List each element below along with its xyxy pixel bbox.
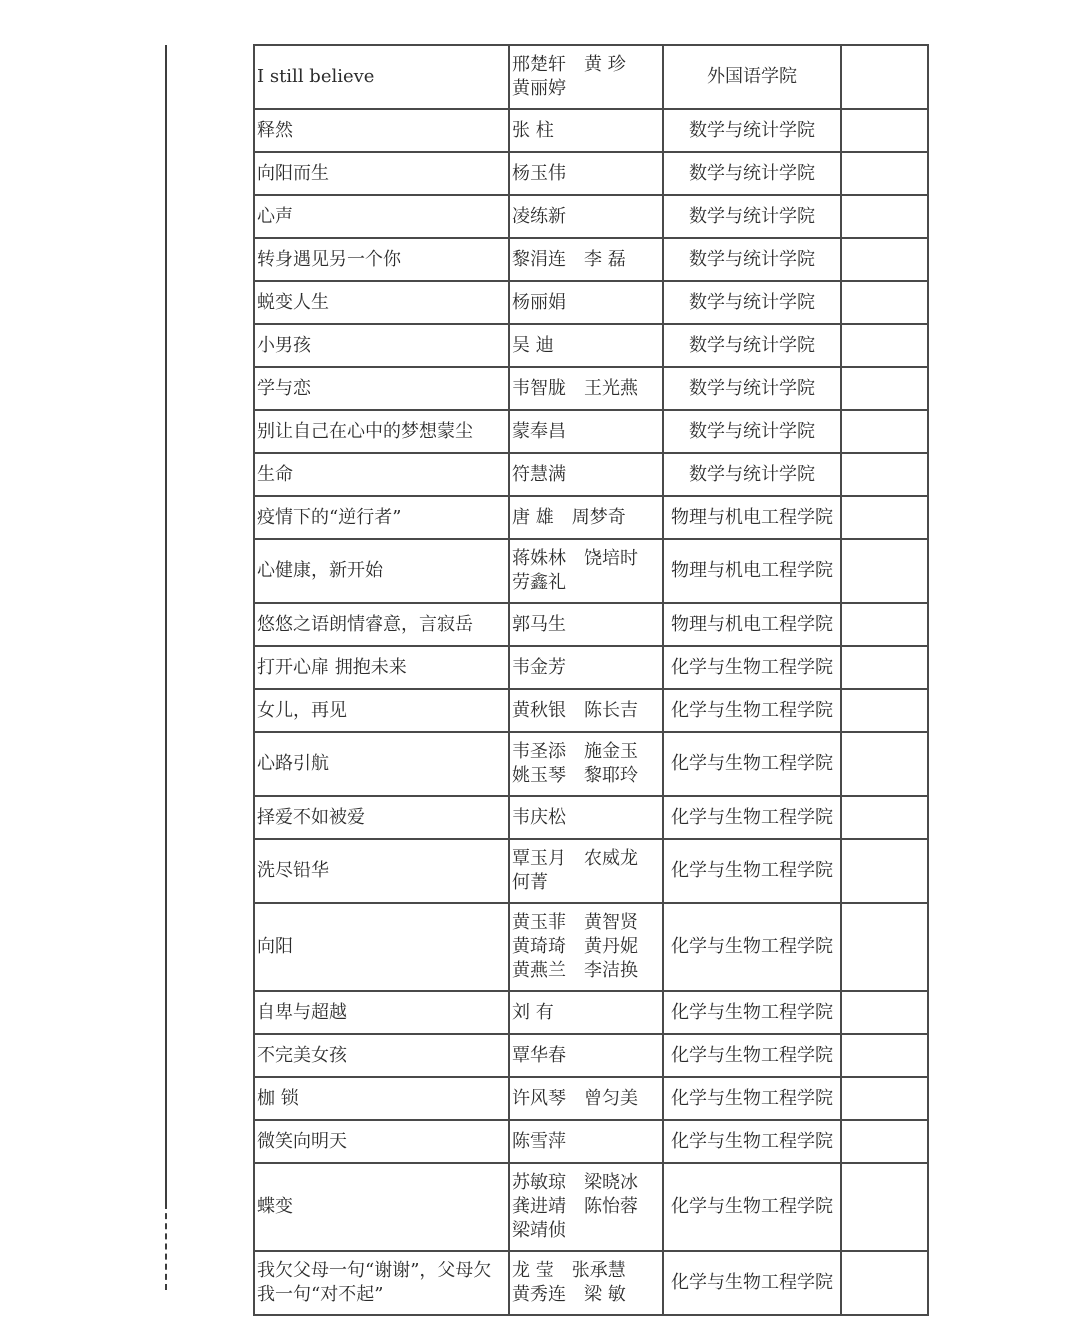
text-line: 龙 莹 张承慧 xyxy=(512,1259,660,1283)
text-line: 何菁 xyxy=(512,871,660,895)
text-line: 张 柱 xyxy=(512,119,660,143)
text-line: 黄秀连 梁 敏 xyxy=(512,1283,660,1307)
text-line: 刘 有 xyxy=(512,1001,660,1025)
text-line: 自卑与超越 xyxy=(257,1001,506,1025)
work-title-cell: 蜕变人生 xyxy=(254,281,509,324)
empty-note-cell xyxy=(841,1034,928,1077)
text-line: 小男孩 xyxy=(257,334,506,358)
table-row: 洗尽铅华 覃玉月 农威龙何菁 化学与生物工程学院 xyxy=(254,839,928,903)
table-row: 我欠父母一句“谢谢”，父母欠我一句“对不起” 龙 莹 张承慧黄秀连 梁 敏 化学… xyxy=(254,1251,928,1315)
table-row: 不完美女孩 覃华春 化学与生物工程学院 xyxy=(254,1034,928,1077)
text-line: 杨玉伟 xyxy=(512,162,660,186)
table-row: 生命 符慧满 数学与统计学院 xyxy=(254,453,928,496)
authors-cell: 苏敏琼 梁晓冰龚进靖 陈怡蓉梁靖侦 xyxy=(509,1163,663,1251)
college-cell: 数学与统计学院 xyxy=(663,367,841,410)
empty-note-cell xyxy=(841,689,928,732)
authors-cell: 蒋姝林 饶培时劳鑫礼 xyxy=(509,539,663,603)
work-title-cell: 别让自己在心中的梦想蒙尘 xyxy=(254,410,509,453)
text-line: 蝶变 xyxy=(257,1195,506,1219)
empty-note-cell xyxy=(841,539,928,603)
empty-note-cell xyxy=(841,1163,928,1251)
college-cell: 化学与生物工程学院 xyxy=(663,646,841,689)
college-cell: 化学与生物工程学院 xyxy=(663,903,841,991)
table-row: 转身遇见另一个你 黎涓连 李 磊 数学与统计学院 xyxy=(254,238,928,281)
empty-note-cell xyxy=(841,281,928,324)
work-title-cell: 自卑与超越 xyxy=(254,991,509,1034)
text-line: 女儿，再见 xyxy=(257,699,506,723)
college-cell: 化学与生物工程学院 xyxy=(663,689,841,732)
table-row: 枷 锁 许风琴 曾匀美 化学与生物工程学院 xyxy=(254,1077,928,1120)
authors-cell: 吴 迪 xyxy=(509,324,663,367)
text-line: I still believe xyxy=(257,65,506,89)
authors-cell: 覃玉月 农威龙何菁 xyxy=(509,839,663,903)
empty-note-cell xyxy=(841,324,928,367)
empty-note-cell xyxy=(841,152,928,195)
text-line: 龚进靖 陈怡蓉 xyxy=(512,1195,660,1219)
authors-cell: 唐 雄 周梦奇 xyxy=(509,496,663,539)
empty-note-cell xyxy=(841,1251,928,1315)
text-line: 苏敏琼 梁晓冰 xyxy=(512,1171,660,1195)
college-cell: 数学与统计学院 xyxy=(663,109,841,152)
empty-note-cell xyxy=(841,195,928,238)
work-title-cell: 微笑向明天 xyxy=(254,1120,509,1163)
work-title-cell: 小男孩 xyxy=(254,324,509,367)
text-line: 生命 xyxy=(257,463,506,487)
college-cell: 物理与机电工程学院 xyxy=(663,603,841,646)
table-row: 向阳 黄玉菲 黄智贤黄琦琦 黄丹妮黄燕兰 李洁换 化学与生物工程学院 xyxy=(254,903,928,991)
empty-note-cell xyxy=(841,839,928,903)
work-title-cell: 打开心扉 拥抱未来 xyxy=(254,646,509,689)
work-title-cell: 女儿，再见 xyxy=(254,689,509,732)
work-title-cell: 蝶变 xyxy=(254,1163,509,1251)
table-row: 自卑与超越 刘 有 化学与生物工程学院 xyxy=(254,991,928,1034)
empty-note-cell xyxy=(841,496,928,539)
text-line: 择爱不如被爱 xyxy=(257,806,506,830)
text-line: 转身遇见另一个你 xyxy=(257,248,506,272)
empty-note-cell xyxy=(841,45,928,109)
work-title-cell: 心路引航 xyxy=(254,732,509,796)
document-page: I still believe 邢楚轩 黄 珍黄丽婷 外国语学院 释然 张 柱 … xyxy=(0,0,1079,1331)
empty-note-cell xyxy=(841,1077,928,1120)
college-cell: 化学与生物工程学院 xyxy=(663,796,841,839)
work-title-cell: 疫情下的“逆行者” xyxy=(254,496,509,539)
table-row: 微笑向明天 陈雪萍 化学与生物工程学院 xyxy=(254,1120,928,1163)
work-title-cell: 我欠父母一句“谢谢”，父母欠我一句“对不起” xyxy=(254,1251,509,1315)
text-line: 蜕变人生 xyxy=(257,291,506,315)
text-line: 韦智胧 王光燕 xyxy=(512,377,660,401)
table-row: 打开心扉 拥抱未来 韦金芳 化学与生物工程学院 xyxy=(254,646,928,689)
empty-note-cell xyxy=(841,646,928,689)
empty-note-cell xyxy=(841,367,928,410)
text-line: 许风琴 曾匀美 xyxy=(512,1087,660,1111)
college-cell: 数学与统计学院 xyxy=(663,195,841,238)
empty-note-cell xyxy=(841,991,928,1034)
text-line: 洗尽铅华 xyxy=(257,859,506,883)
authors-cell: 许风琴 曾匀美 xyxy=(509,1077,663,1120)
college-cell: 化学与生物工程学院 xyxy=(663,839,841,903)
authors-cell: 韦庆松 xyxy=(509,796,663,839)
text-line: 韦圣添 施金玉 xyxy=(512,740,660,764)
text-line: 枷 锁 xyxy=(257,1087,506,1111)
table-row: 心声 凌练新 数学与统计学院 xyxy=(254,195,928,238)
text-line: 释然 xyxy=(257,119,506,143)
text-line: 黄燕兰 李洁换 xyxy=(512,959,660,983)
college-cell: 化学与生物工程学院 xyxy=(663,1034,841,1077)
college-cell: 数学与统计学院 xyxy=(663,453,841,496)
authors-cell: 陈雪萍 xyxy=(509,1120,663,1163)
text-line: 韦金芳 xyxy=(512,656,660,680)
work-title-cell: 洗尽铅华 xyxy=(254,839,509,903)
text-line: 心健康，新开始 xyxy=(257,559,506,583)
college-cell: 化学与生物工程学院 xyxy=(663,1163,841,1251)
text-line: 梁靖侦 xyxy=(512,1219,660,1243)
work-title-cell: 向阳而生 xyxy=(254,152,509,195)
work-title-cell: 向阳 xyxy=(254,903,509,991)
text-line: 疫情下的“逆行者” xyxy=(257,506,506,530)
table-row: 择爱不如被爱 韦庆松 化学与生物工程学院 xyxy=(254,796,928,839)
authors-cell: 蒙奉昌 xyxy=(509,410,663,453)
college-cell: 化学与生物工程学院 xyxy=(663,991,841,1034)
text-line: 覃华春 xyxy=(512,1044,660,1068)
text-line: 我欠父母一句“谢谢”，父母欠 xyxy=(257,1259,506,1283)
text-line: 黄玉菲 黄智贤 xyxy=(512,911,660,935)
authors-cell: 郭马生 xyxy=(509,603,663,646)
empty-note-cell xyxy=(841,603,928,646)
authors-cell: 刘 有 xyxy=(509,991,663,1034)
work-title-cell: 不完美女孩 xyxy=(254,1034,509,1077)
authors-cell: 韦圣添 施金玉姚玉琴 黎耶玲 xyxy=(509,732,663,796)
text-line: 郭马生 xyxy=(512,613,660,637)
college-cell: 物理与机电工程学院 xyxy=(663,496,841,539)
text-line: 覃玉月 农威龙 xyxy=(512,847,660,871)
work-title-cell: 生命 xyxy=(254,453,509,496)
authors-cell: 邢楚轩 黄 珍黄丽婷 xyxy=(509,45,663,109)
work-title-cell: 学与恋 xyxy=(254,367,509,410)
empty-note-cell xyxy=(841,109,928,152)
table-row: 心路引航 韦圣添 施金玉姚玉琴 黎耶玲 化学与生物工程学院 xyxy=(254,732,928,796)
table-row: 释然 张 柱 数学与统计学院 xyxy=(254,109,928,152)
text-line: 黎涓连 李 磊 xyxy=(512,248,660,272)
text-line: 韦庆松 xyxy=(512,806,660,830)
text-line: 心声 xyxy=(257,205,506,229)
table-row: 别让自己在心中的梦想蒙尘 蒙奉昌 数学与统计学院 xyxy=(254,410,928,453)
work-title-cell: 心健康，新开始 xyxy=(254,539,509,603)
college-cell: 数学与统计学院 xyxy=(663,281,841,324)
authors-cell: 符慧满 xyxy=(509,453,663,496)
text-line: 不完美女孩 xyxy=(257,1044,506,1068)
work-title-cell: 释然 xyxy=(254,109,509,152)
text-line: 杨丽娟 xyxy=(512,291,660,315)
text-line: 邢楚轩 黄 珍 xyxy=(512,53,660,77)
text-line: 别让自己在心中的梦想蒙尘 xyxy=(257,420,506,444)
table-row: 悠悠之语朗情睿意，言寂岳 郭马生 物理与机电工程学院 xyxy=(254,603,928,646)
authors-cell: 龙 莹 张承慧黄秀连 梁 敏 xyxy=(509,1251,663,1315)
works-table: I still believe 邢楚轩 黄 珍黄丽婷 外国语学院 释然 张 柱 … xyxy=(253,44,929,1316)
table-row: 女儿，再见 黄秋银 陈长吉 化学与生物工程学院 xyxy=(254,689,928,732)
text-line: 向阳 xyxy=(257,935,506,959)
table-row: 心健康，新开始 蒋姝林 饶培时劳鑫礼 物理与机电工程学院 xyxy=(254,539,928,603)
text-line: 黄丽婷 xyxy=(512,77,660,101)
college-cell: 化学与生物工程学院 xyxy=(663,1120,841,1163)
authors-cell: 杨丽娟 xyxy=(509,281,663,324)
authors-cell: 黄玉菲 黄智贤黄琦琦 黄丹妮黄燕兰 李洁换 xyxy=(509,903,663,991)
text-line: 学与恋 xyxy=(257,377,506,401)
text-line: 黄琦琦 黄丹妮 xyxy=(512,935,660,959)
college-cell: 数学与统计学院 xyxy=(663,152,841,195)
text-line: 蒋姝林 饶培时 xyxy=(512,547,660,571)
college-cell: 数学与统计学院 xyxy=(663,410,841,453)
empty-note-cell xyxy=(841,796,928,839)
work-title-cell: 转身遇见另一个你 xyxy=(254,238,509,281)
work-title-cell: 枷 锁 xyxy=(254,1077,509,1120)
work-title-cell: I still believe xyxy=(254,45,509,109)
college-cell: 数学与统计学院 xyxy=(663,324,841,367)
authors-cell: 杨玉伟 xyxy=(509,152,663,195)
table-row: 小男孩 吴 迪 数学与统计学院 xyxy=(254,324,928,367)
text-line: 凌练新 xyxy=(512,205,660,229)
empty-note-cell xyxy=(841,410,928,453)
table-row: 蜕变人生 杨丽娟 数学与统计学院 xyxy=(254,281,928,324)
authors-cell: 韦智胧 王光燕 xyxy=(509,367,663,410)
work-title-cell: 悠悠之语朗情睿意，言寂岳 xyxy=(254,603,509,646)
empty-note-cell xyxy=(841,238,928,281)
text-line: 悠悠之语朗情睿意，言寂岳 xyxy=(257,613,506,637)
works-table-body: I still believe 邢楚轩 黄 珍黄丽婷 外国语学院 释然 张 柱 … xyxy=(254,45,928,1315)
authors-cell: 张 柱 xyxy=(509,109,663,152)
table-row: 学与恋 韦智胧 王光燕 数学与统计学院 xyxy=(254,367,928,410)
college-cell: 物理与机电工程学院 xyxy=(663,539,841,603)
college-cell: 外国语学院 xyxy=(663,45,841,109)
authors-cell: 韦金芳 xyxy=(509,646,663,689)
revision-change-bar-solid xyxy=(165,45,167,1203)
authors-cell: 黄秋银 陈长吉 xyxy=(509,689,663,732)
empty-note-cell xyxy=(841,453,928,496)
text-line: 心路引航 xyxy=(257,752,506,776)
text-line: 蒙奉昌 xyxy=(512,420,660,444)
text-line: 姚玉琴 黎耶玲 xyxy=(512,764,660,788)
text-line: 吴 迪 xyxy=(512,334,660,358)
empty-note-cell xyxy=(841,1120,928,1163)
college-cell: 数学与统计学院 xyxy=(663,238,841,281)
college-cell: 化学与生物工程学院 xyxy=(663,1251,841,1315)
text-line: 打开心扉 拥抱未来 xyxy=(257,656,506,680)
college-cell: 化学与生物工程学院 xyxy=(663,1077,841,1120)
empty-note-cell xyxy=(841,903,928,991)
work-title-cell: 心声 xyxy=(254,195,509,238)
authors-cell: 黎涓连 李 磊 xyxy=(509,238,663,281)
authors-cell: 凌练新 xyxy=(509,195,663,238)
table-row: 疫情下的“逆行者” 唐 雄 周梦奇 物理与机电工程学院 xyxy=(254,496,928,539)
revision-change-bar-dashed xyxy=(165,1203,167,1290)
text-line: 唐 雄 周梦奇 xyxy=(512,506,660,530)
empty-note-cell xyxy=(841,732,928,796)
table-row: 蝶变 苏敏琼 梁晓冰龚进靖 陈怡蓉梁靖侦 化学与生物工程学院 xyxy=(254,1163,928,1251)
text-line: 向阳而生 xyxy=(257,162,506,186)
text-line: 符慧满 xyxy=(512,463,660,487)
text-line: 黄秋银 陈长吉 xyxy=(512,699,660,723)
text-line: 我一句“对不起” xyxy=(257,1283,506,1307)
table-row: 向阳而生 杨玉伟 数学与统计学院 xyxy=(254,152,928,195)
college-cell: 化学与生物工程学院 xyxy=(663,732,841,796)
authors-cell: 覃华春 xyxy=(509,1034,663,1077)
text-line: 劳鑫礼 xyxy=(512,571,660,595)
text-line: 陈雪萍 xyxy=(512,1130,660,1154)
table-row: I still believe 邢楚轩 黄 珍黄丽婷 外国语学院 xyxy=(254,45,928,109)
work-title-cell: 择爱不如被爱 xyxy=(254,796,509,839)
text-line: 微笑向明天 xyxy=(257,1130,506,1154)
